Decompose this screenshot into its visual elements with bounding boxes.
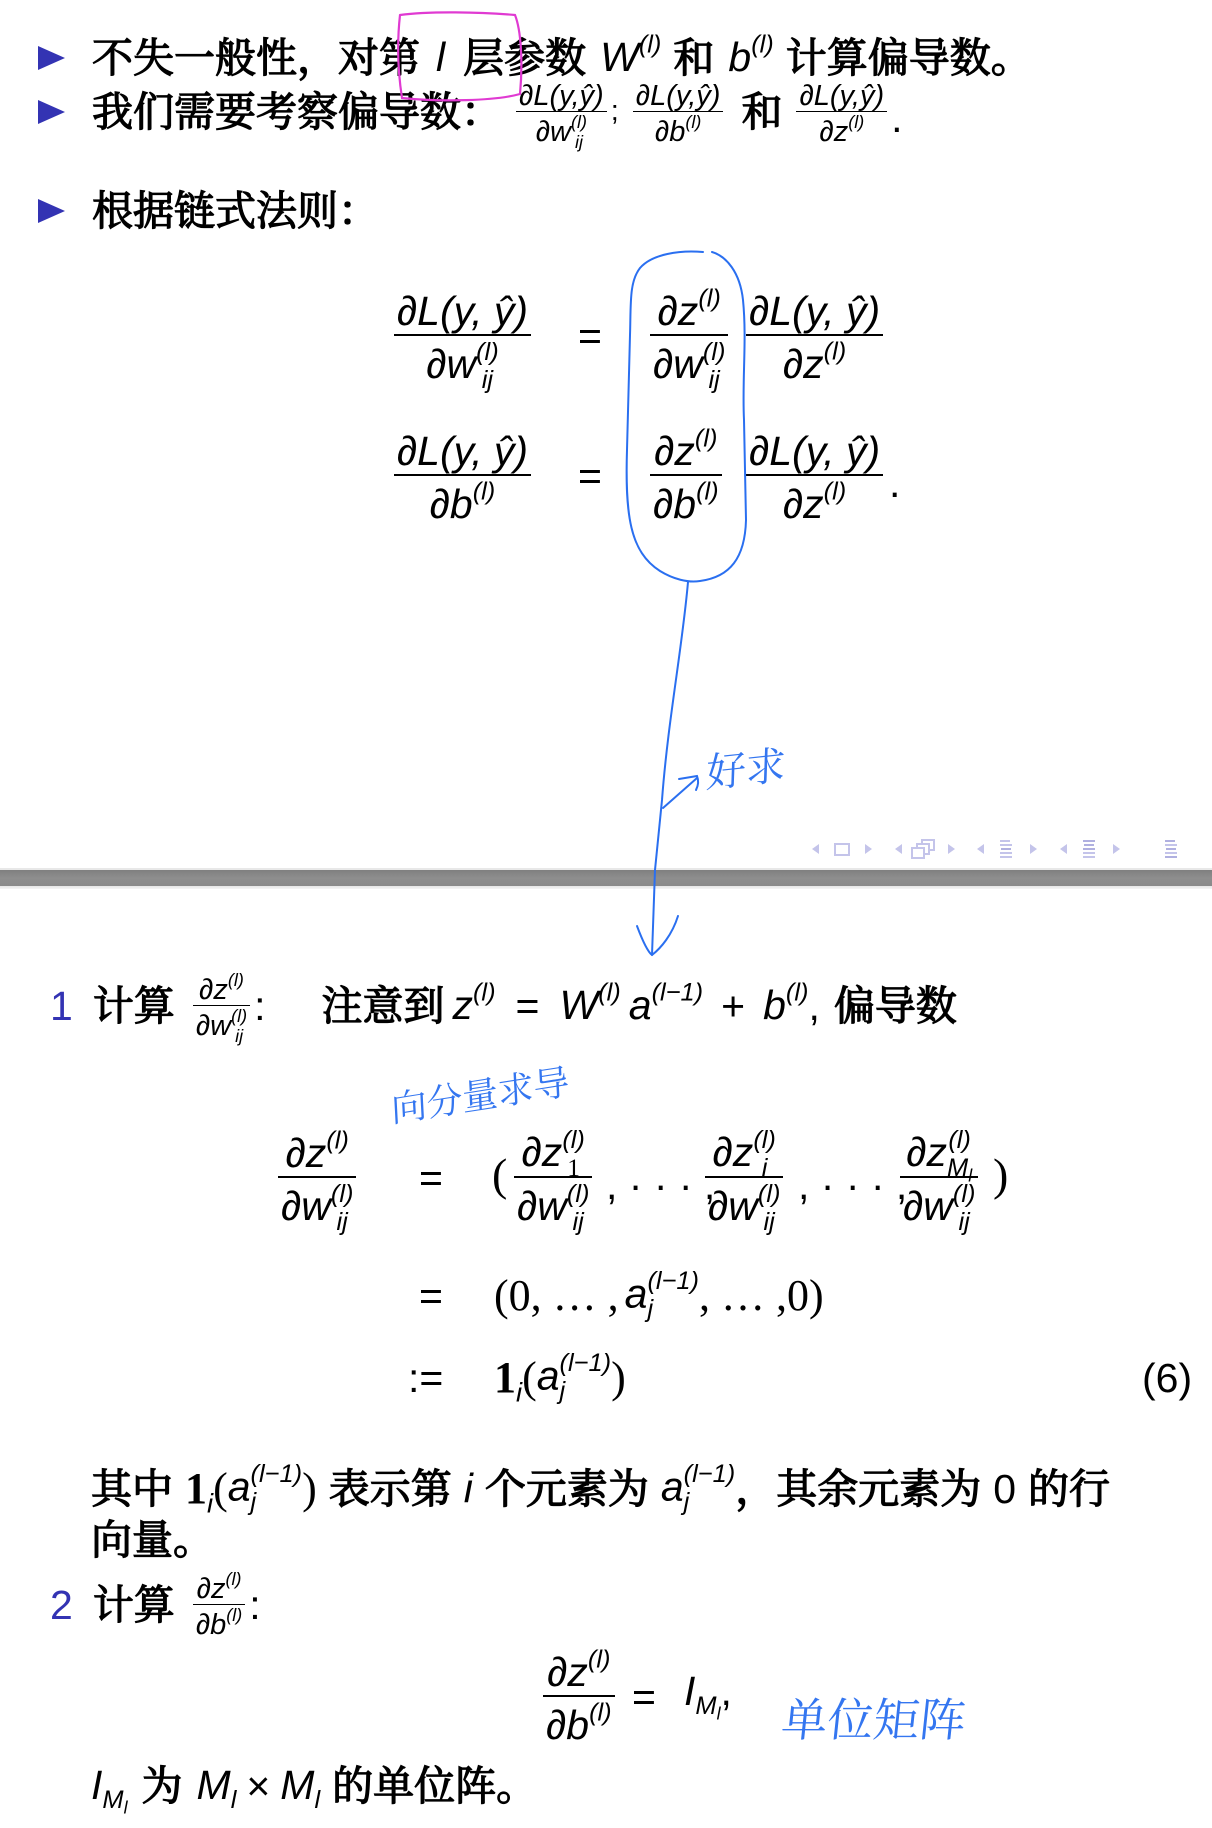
handwritten-note-identity: 单位矩阵 [779,1684,970,1750]
math-symbol: ∂w [903,1183,953,1229]
sub-superscript: (l)ij [231,1007,247,1045]
math-subscript: ij [231,1027,247,1045]
math-subscript: j [684,1490,736,1515]
math-superscript: (l) [786,979,809,1007]
remark-text: 向量。 [91,1520,214,1561]
math-M-l: Ml [280,1763,320,1808]
identity-matrix-symbol: IMl, [684,1666,732,1716]
math-superscript: (l) [824,338,847,366]
fraction-dz-dw: ∂z(l) ∂w(l)ij [650,286,728,396]
math-subscript: l [314,1786,320,1814]
eq6-component-1: ∂z(l)1 ∂w(l)ij [514,1120,592,1238]
math-superscript: (l) [698,285,721,313]
fraction-dz-db: ∂z(l) ∂b(l) [193,1571,245,1647]
math-symbol: ∂z [819,116,848,148]
next-subsection-arrow-icon[interactable] [948,844,955,854]
prev-frame-arrow-icon[interactable] [812,844,819,854]
remark-text: 个元素为 [485,1469,649,1510]
math-a-j: a(l−1)j [537,1351,611,1404]
item-text: 计算 [93,1585,175,1626]
math-superscript: (l) [753,1128,776,1153]
right-paren: ) [809,1271,824,1321]
zero: 0 [509,1271,531,1321]
math-superscript: (l) [824,478,847,506]
math-subscript: ij [953,1210,976,1235]
sub-superscript: (l−1)j [560,1351,612,1404]
colon: : [249,1580,260,1630]
fraction-dzi-dw: ∂z(l)i ∂w(l)ij [705,1120,783,1238]
math-superscript: (l) [947,1128,972,1153]
section-icon[interactable] [1000,840,1012,858]
sub-superscript: (l−1)j [684,1462,736,1515]
math-subscript-M: M [695,1692,716,1720]
denominator: ∂b(l) [650,476,722,536]
math-symbol: ∂w [281,1183,331,1229]
right-paren: ) [993,1150,1008,1200]
sub-superscript: (l)ij [758,1182,781,1235]
math-superscript: (l) [848,112,864,132]
numerator: ∂z(l) [193,972,250,1006]
numerator: ∂z(l) [278,1128,356,1178]
eq6-component-M: ∂z(l)Ml ∂w(l)ij [900,1120,978,1238]
math-superscript: (l) [598,979,621,1007]
chain-rule-row-2-lhs: ∂L(y, ŷ) ∂b(l) [394,426,531,536]
math-superscript: (l) [758,1182,781,1207]
bullet-item-3: 根据链式法则： [38,181,379,241]
math-symbol: ∂z [286,1130,327,1176]
outline-icon[interactable] [1165,840,1177,858]
math-symbol: z [452,982,473,1028]
sub-superscript: (l−1)j [647,1269,699,1322]
math-a-j: a(l−1)j [625,1269,699,1322]
math-symbol: ∂z [713,1129,754,1175]
item-text: 偏导数 [834,986,957,1027]
math-symbol: ∂z [658,288,699,334]
math-a-j: a(l−1)j [661,1462,735,1515]
math-superscript: (l) [588,1646,611,1674]
identity-definition-line: IMl 为 Ml × Ml 的单位阵。 [91,1756,537,1816]
sub-superscript: (l)ij [331,1182,354,1235]
fraction-dL-dw: ∂L(y, ŷ) ∂w(l)ij [394,286,531,396]
math-superscript: (l) [228,970,244,990]
math-superscript: (l−1) [560,1351,612,1376]
handwritten-note-easy: 好求 [705,734,787,800]
math-a-l-minus-1: a(l−1) [629,983,703,1028]
math-a-j: a(l−1)j [228,1462,302,1515]
chain-rule-row-1-rhs-second: ∂L(y, ŷ) ∂z(l) [746,286,883,396]
math-superscript: (l) [695,425,718,453]
ellipsis: , … , [531,1271,619,1321]
math-superscript: (l) [567,1182,590,1207]
math-subscript: j [251,1490,303,1515]
bullet-triangle-icon [38,46,65,70]
fraction-dz-db: ∂z(l) ∂b(l) [650,426,722,536]
sub-superscript: (l)i [753,1128,776,1181]
math-symbol: ∂z [522,1129,563,1175]
remark-line-1: 其中 1i ( a(l−1)j ) 表示第 i 个元素为 a(l−1)j ，其余… [91,1449,1110,1529]
numerator: ∂L(y, ŷ) [746,286,883,336]
ellipsis-separator: , · · · , [798,1160,907,1210]
remark-text: 其中 [91,1469,173,1510]
numerator: ∂z(l)Ml [900,1120,978,1178]
numerator: ∂L(y, ŷ) [394,426,531,476]
right-paren: ) [302,1464,317,1514]
denominator: ∂w(l)ij [900,1178,978,1238]
fraction-dzM-dw: ∂z(l)Ml ∂w(l)ij [900,1120,978,1238]
math-symbol: ∂b [430,481,473,527]
sub-superscript: (l)Ml [947,1128,972,1185]
equals-sign: = [419,1271,443,1321]
colon: : [254,981,265,1031]
numerator: ∂L(y,ŷ) [796,78,887,112]
enum-number: 2 [50,1585,73,1626]
math-subscript-l: l [124,1798,128,1818]
remark-text: ，其余元素为 [735,1469,981,1510]
math-I-Ml: IMl [91,1763,128,1808]
lecture-slides-page: 不失一般性，对第 l 层参数 W(l) 和 b(l) 计算偏导数。 我们需要考察… [0,0,1212,1828]
math-symbol: a [661,1464,684,1510]
equals-sign: = [578,311,602,361]
numerator: ∂L(y,ŷ) [516,78,607,112]
math-symbol: ∂z [199,974,228,1006]
math-superscript: (l−1) [251,1462,303,1487]
math-superscript: (l) [639,31,662,59]
enum-item-2: 2 计算 ∂z(l) ∂b(l) : [50,1565,261,1645]
denominator: ∂z(l) [746,336,883,396]
math-subscript-M: M [102,1786,123,1814]
math-symbol: a [629,982,652,1028]
eq6-row-vector: ( 0 , … , a(l−1)j , … , 0 ) [494,1256,824,1336]
plus-sign: + [721,981,745,1031]
prev-subsection-arrow-icon[interactable] [895,844,902,854]
equals-sign: = [516,981,540,1031]
math-subscript: ij [567,1210,590,1235]
math-symbol: ∂b [653,481,696,527]
math-superscript: (l) [696,478,719,506]
math-superscript: (l) [562,1128,585,1153]
math-superscript: (l) [476,340,499,365]
chain-rule-row-1-lhs: ∂L(y, ŷ) ∂w(l)ij [394,286,531,396]
math-superscript: (l) [326,1127,349,1155]
math-subscript: Ml [695,1692,720,1720]
prev-section-arrow-icon[interactable] [1060,844,1067,854]
indicator-one: 1i [185,1464,213,1514]
math-superscript: (l−1) [652,979,704,1007]
defined-as-sign: := [408,1353,443,1403]
sub-superscript: (l)1 [562,1128,585,1181]
math-symbol: ∂b [196,1609,226,1641]
numerator: ∂z(l)i [705,1120,783,1178]
remark-text: 表示第 [329,1469,452,1510]
comma: , [808,981,819,1031]
bullet-text: 我们需要考察偏导数： [92,92,502,133]
math-subscript: ij [571,133,587,151]
math-i: i [464,1466,473,1511]
math-symbol: b [763,982,786,1028]
chain-rule-row-2-rhs-second: ∂L(y, ŷ) ∂z(l) [746,426,883,536]
denominator: ∂b(l) [543,1697,615,1757]
math-W-l: W(l) [560,983,621,1028]
fraction-dz-dw: ∂z(l) ∂w(l)ij [278,1128,356,1238]
denominator: ∂w(l)ij [193,1006,250,1048]
math-superscript: (l) [589,1699,612,1727]
math-superscript: (l) [953,1182,976,1207]
math-symbol: ∂z [654,428,695,474]
slide-separator [0,868,1212,889]
math-superscript: (l) [751,31,774,59]
chain-rule-row-2-rhs-first: ∂z(l) ∂b(l) [650,426,722,536]
math-symbol: ∂w [196,1010,231,1042]
denominator: ∂w(l)ij [650,336,728,396]
math-subscript: Ml [102,1786,127,1814]
bullet-triangle-icon [38,100,65,124]
indicator-one: 1i [494,1353,522,1403]
numerator: ∂z(l) [650,286,728,336]
math-superscript: (l) [226,1605,242,1625]
identity-eq-lhs: ∂z(l) ∂b(l) [543,1647,615,1757]
definition-text: 为 [142,1766,183,1807]
eq6-component-i: ∂z(l)i ∂w(l)ij [705,1120,783,1238]
numerator: ∂L(y,ŷ) [633,78,724,112]
math-superscript: (l−1) [647,1269,699,1294]
math-symbol: ∂z [197,1573,226,1605]
math-symbol: ∂w [426,341,476,387]
math-symbol: ∂w [536,116,571,148]
math-symbol: ∂b [655,116,685,148]
comma: , [721,1668,732,1714]
fraction-dL-db: ∂L(y,ŷ) ∂b(l) [633,78,724,154]
math-symbol: a [625,1271,648,1317]
fraction-dz-db: ∂z(l) ∂b(l) [543,1647,615,1757]
math-superscript: (l) [571,113,587,131]
math-symbol: W [560,982,599,1028]
math-symbol: ∂w [653,341,703,387]
sub-superscript: (l)ij [476,340,499,393]
chain-rule-row-1-rhs-first: ∂z(l) ∂w(l)ij [650,286,728,396]
denominator: ∂b(l) [633,112,724,154]
enum-item-1: 1 计算 ∂z(l) ∂w(l)ij : 注意到 z(l) = W(l) a(l… [50,966,957,1046]
math-symbol: ∂z [547,1649,588,1695]
zero: 0 [787,1271,809,1321]
math-superscript: (l) [703,340,726,365]
math-b-l: b(l) [763,983,808,1028]
ellipsis: , … , [699,1271,787,1321]
denominator: ∂w(l)ij [514,1178,592,1238]
math-superscript: (l) [473,478,496,506]
math-symbol: ∂z [783,341,824,387]
times-sign: × [246,1761,270,1811]
math-symbol: ∂b [546,1702,589,1748]
sub-superscript: (l)ij [571,113,587,151]
equation-number: (6) [1142,1353,1192,1403]
next-section-arrow-icon[interactable] [1030,844,1037,854]
blue-arrow-line [652,582,688,955]
enum-number: 1 [50,986,73,1027]
right-paren: ) [611,1353,626,1403]
separator-semicolon: ; [611,96,619,128]
math-subscript: ij [758,1210,781,1235]
left-paren: ( [213,1464,228,1514]
math-subscript: j [560,1379,612,1404]
denominator: ∂z(l) [746,476,883,536]
denominator: ∂b(l) [193,1605,245,1647]
math-symbol: M [197,1762,231,1808]
zero: 0 [993,1464,1016,1514]
math-symbol: I [91,1762,102,1808]
section-icon[interactable] [1083,840,1095,858]
item-text: 注意到 [321,986,444,1027]
item-text: 计算 [93,986,175,1027]
definition-text: 的单位阵。 [332,1766,537,1807]
next-frame-arrow-icon[interactable] [865,844,872,854]
sub-superscript: (l)ij [953,1182,976,1235]
math-subscript: j [647,1297,699,1322]
fraction-dL-dz: ∂L(y, ŷ) ∂z(l) [746,426,883,536]
eq6-indicator: 1i ( a(l−1)j ) [494,1338,626,1418]
numerator: ∂z(l) [543,1647,615,1697]
numerator: ∂z(l) [650,426,722,476]
remark-text: 的行 [1028,1469,1110,1510]
math-superscript: (l) [225,1569,241,1589]
subsection-icon[interactable] [912,840,934,858]
fraction-dL-dz: ∂L(y, ŷ) ∂z(l) [746,286,883,396]
fraction-dL-dw: ∂L(y,ŷ) ∂w(l)ij [516,78,607,154]
beamer-navigation-bar [810,838,1190,862]
math-subscript: ij [703,368,726,393]
sub-superscript: (l)ij [703,340,726,393]
arrow-head-icon [637,916,678,955]
math-superscript: (l) [331,1182,354,1207]
fraction-dL-dz: ∂L(y,ŷ) ∂z(l) [796,78,887,154]
equals-sign: = [632,1672,656,1722]
fraction-dL-db: ∂L(y, ŷ) ∂b(l) [394,426,531,536]
eq6-lhs: ∂z(l) ∂w(l)ij [278,1128,356,1238]
math-superscript: (l) [685,112,701,132]
math-symbol: ∂z [783,481,824,527]
math-symbol: a [228,1464,251,1510]
math-superscript: (l) [231,1007,247,1025]
math-superscript: (l−1) [684,1462,736,1487]
equals-sign: = [578,451,602,501]
math-M-l: Ml [197,1763,237,1808]
denominator: ∂w(l)ij [705,1178,783,1238]
prev-section-arrow-icon[interactable] [977,844,984,854]
math-symbol: 1 [494,1353,516,1402]
denominator: ∂z(l) [796,112,887,154]
math-symbol: I [684,1668,695,1714]
denominator: ∂w(l)ij [278,1178,356,1238]
numerator: ∂L(y, ŷ) [746,426,883,476]
numerator: ∂z(l) [193,1571,245,1605]
fraction-dz1-dw: ∂z(l)1 ∂w(l)ij [514,1120,592,1238]
left-paren: ( [492,1150,507,1200]
bullet-item-2: 我们需要考察偏导数： ∂L(y,ŷ) ∂w(l)ij ; ∂L(y,ŷ) ∂b(… [38,72,903,152]
math-symbol: ∂w [517,1183,567,1229]
ellipsis-separator: , · · · , [606,1160,715,1210]
numerator: ∂L(y, ŷ) [394,286,531,336]
fraction-dz-dw: ∂z(l) ∂w(l)ij [193,972,250,1048]
math-subscript: l [231,1786,237,1814]
left-paren: ( [522,1353,537,1403]
math-symbol: ∂w [708,1183,758,1229]
math-subscript: ij [476,368,499,393]
sub-superscript: (l)ij [567,1182,590,1235]
math-superscript: (l) [473,979,496,1007]
frame-icon[interactable] [835,844,849,855]
sub-superscript: (l−1)j [251,1462,303,1515]
math-subscript: ij [331,1210,354,1235]
left-paren: ( [494,1271,509,1321]
math-symbol: 1 [185,1464,207,1513]
denominator: ∂b(l) [394,476,531,536]
equation-period: . [889,458,900,508]
bullet-text: 根据链式法则： [92,191,379,232]
bullet-triangle-icon [38,199,65,223]
math-symbol: M [280,1762,314,1808]
denominator: ∂w(l)ij [516,112,607,154]
numerator: ∂z(l)1 [514,1120,592,1178]
equals-sign: = [419,1153,443,1203]
small-arrow-icon [663,776,698,808]
math-symbol: ∂z [906,1129,947,1175]
math-z-l: z(l) [452,983,495,1028]
remark-line-2: 向量。 [91,1510,214,1570]
denominator: ∂w(l)ij [394,336,531,396]
math-symbol: a [537,1353,560,1399]
bullet-text: 和 [741,92,782,133]
period: . [891,96,902,141]
next-section-arrow-icon[interactable] [1113,844,1120,854]
